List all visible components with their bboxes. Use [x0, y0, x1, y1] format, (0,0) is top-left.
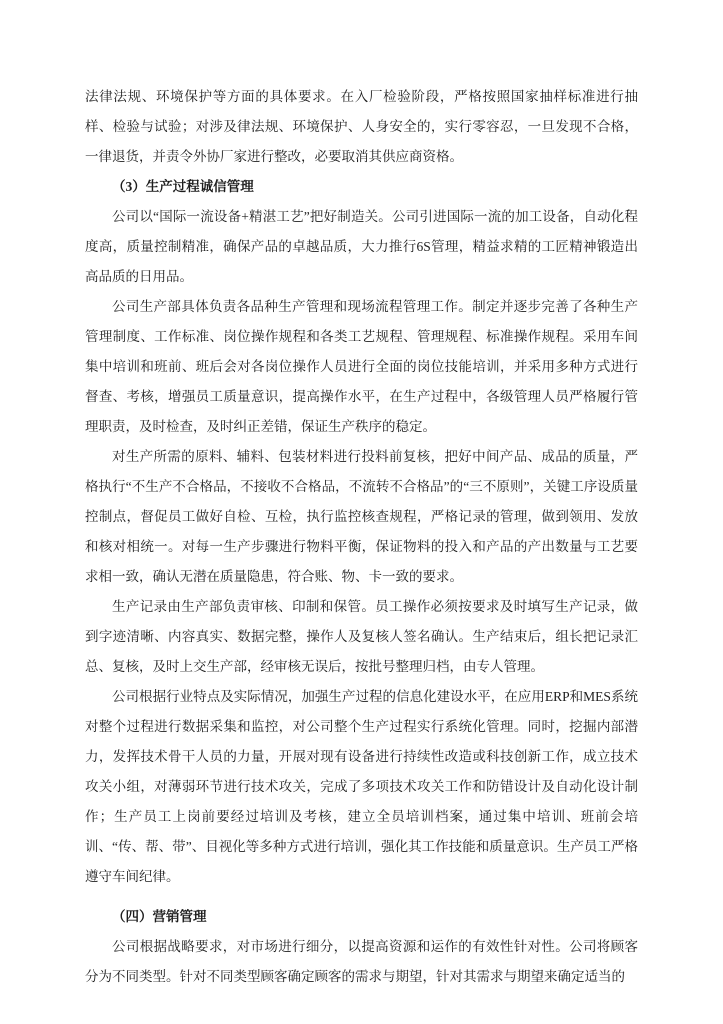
paragraph-production-records: 生产记录由生产部负责审核、印制和保管。员工操作必须按要求及时填写生产记录，做到字… — [85, 592, 638, 682]
paragraph-production-dept-management: 公司生产部具体负责各品种生产管理和现场流程管理工作。制定并逐步完善了各种生产管理… — [85, 292, 638, 442]
document-page: 法律法规、环境保护等方面的具体要求。在入厂检验阶段，严格按照国家抽样标准进行抽样… — [0, 0, 723, 1024]
document-content: 法律法规、环境保护等方面的具体要求。在入厂检验阶段，严格按照国家抽样标准进行抽样… — [85, 82, 638, 992]
paragraph-market-segmentation: 公司根据战略要求，对市场进行细分，以提高资源和运作的有效性针对性。公司将顾客分为… — [85, 932, 638, 992]
heading-production-process-integrity: （3）生产过程诚信管理 — [85, 172, 638, 202]
paragraph-informatization-erp-mes: 公司根据行业特点及实际情况，加强生产过程的信息化建设水平，在应用ERP和MES系… — [85, 682, 638, 892]
paragraph-equipment-craftsmanship: 公司以“国际一流设备+精湛工艺”把好制造关。公司引进国际一流的加工设备，自动化程… — [85, 202, 638, 292]
paragraph-material-quality-control: 对生产所需的原料、辅料、包装材料进行投料前复核，把好中间产品、成品的质量，严格执… — [85, 442, 638, 592]
paragraph-supplier-inspection-continuation: 法律法规、环境保护等方面的具体要求。在入厂检验阶段，严格按照国家抽样标准进行抽样… — [85, 82, 638, 172]
heading-marketing-management: （四）营销管理 — [85, 902, 638, 932]
